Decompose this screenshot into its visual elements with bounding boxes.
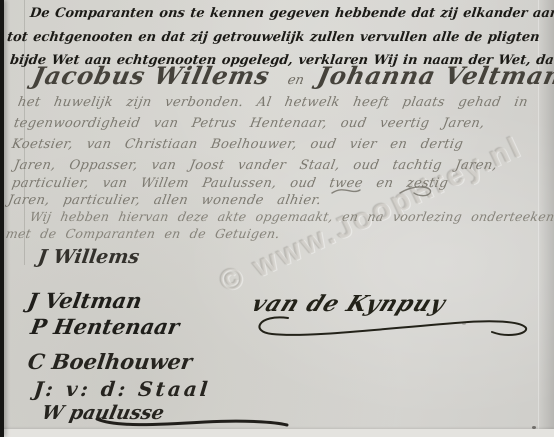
closing-line-2: met de Comparanten en de Getuigen.: [5, 226, 281, 241]
couple-names-line: Jacobus Willems en Johanna Veltman door: [30, 61, 554, 90]
signature-w-paulusse: W paulusse: [40, 402, 167, 424]
scan-edge-bottom: [0, 429, 554, 437]
body-line-4: Jaren, Oppasser, van Joost vander Staal,…: [13, 158, 499, 173]
body-line-2: tegenwoordigheid van Petrus Hentenaar, o…: [13, 116, 486, 131]
body-line-1: het huwelijk zijn verbonden. Al hetwelk …: [17, 95, 529, 110]
signature-j-willems: J Willems: [36, 246, 140, 268]
signature-j-vd-staal: J: v: d: Staal: [33, 377, 212, 401]
scanned-marriage-record: © www.JoopHrey.nl De Comparanten ons te …: [0, 0, 554, 437]
official-signature-flourish: [248, 312, 533, 346]
opening-line-1: De Comparanten ons te kennen gegeven heb…: [29, 6, 554, 21]
body-line-3: Koetsier, van Christiaan Boelhouwer, oud…: [11, 137, 465, 152]
scan-edge-left: [0, 0, 4, 437]
opening-line-2: tot echtgenooten en dat zij getrouwelijk…: [6, 30, 540, 45]
bride-name: Johanna Veltman: [315, 61, 554, 90]
body-line-6: Jaren, particulier, allen wonende alhier…: [7, 193, 323, 208]
groom-name: Jacobus Willems: [30, 61, 273, 90]
signature-c-boelhouwer: C Boelhouwer: [26, 349, 194, 374]
signature-official: van de Kynpuy: [248, 291, 450, 317]
signature-j-veltman: J Veltman: [26, 288, 144, 313]
conjunction: en: [286, 73, 305, 88]
signature-p-hentenaar: P Hentenaar: [29, 314, 182, 339]
line-end-flourish: [330, 181, 440, 201]
closing-line-1: Wij hebben hiervan deze akte opgemaakt, …: [29, 209, 554, 224]
